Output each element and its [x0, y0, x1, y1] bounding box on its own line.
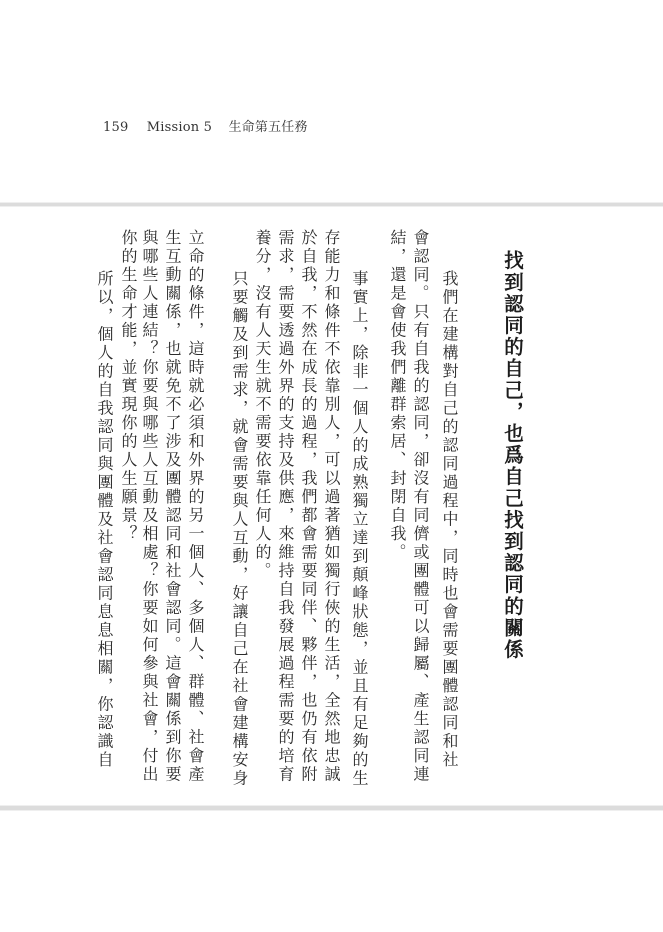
text-column: 養分，沒有人天生就不需要依靠任何人的。 [252, 229, 272, 581]
text-column: 只要觸及到需求，就會需要與人互動，好讓自己在社會建構安身 [229, 270, 249, 788]
page-number: 159 [103, 120, 128, 135]
mission-label: Mission 5 [147, 120, 212, 135]
text-column: 會認同。只有自我的認同，卻沒有同儕或團體可以歸屬、產生認同連 [410, 229, 430, 784]
text-column: 生互動關係，也就免不了涉及團體認同和社會認同。這會關係到你要 [162, 229, 182, 784]
text-column: 存能力和條件不依靠別人，可以過著猶如獨行俠的生活，全然地忠誠 [321, 229, 341, 784]
chapter-title: 生命第五任務 [228, 116, 307, 135]
text-column: 事實上，除非一個人的成熟獨立達到顛峰狀態，並且有足夠的生 [349, 270, 369, 788]
page-divider-top [0, 203, 663, 206]
page-divider-bottom [0, 806, 663, 810]
text-column: 我們在建構對自己的認同過程中，同時也會需要團體認同和社 [439, 270, 459, 770]
text-column: 需求，需要透過外界的支持及供應，來維持自我發展過程需要的培育 [275, 229, 295, 784]
section-title: 找到認同的自己，也爲自己找到認同的關係 [500, 250, 524, 660]
text-column: 於自我，不然在成長的過程，我們都會需要同伴、夥伴，也仍有依附 [298, 229, 318, 784]
text-column: 與哪些人連結？你要與哪些人互動及相處？你要如何參與社會，付出 [139, 229, 159, 784]
running-head: 159 Mission 5 生命第五任務 [103, 116, 308, 135]
text-column: 立命的條件，這時就必須和外界的另一個人、多個人、群體、社會產 [185, 229, 205, 784]
text-column: 所以，個人的自我認同與團體及社會認同息息相關，你認識自 [94, 270, 114, 770]
text-column: 你的生命才能，並實現你的人生願景？ [118, 229, 138, 544]
text-column: 結，還是會使我們離群索居、封閉自我。 [387, 229, 407, 562]
